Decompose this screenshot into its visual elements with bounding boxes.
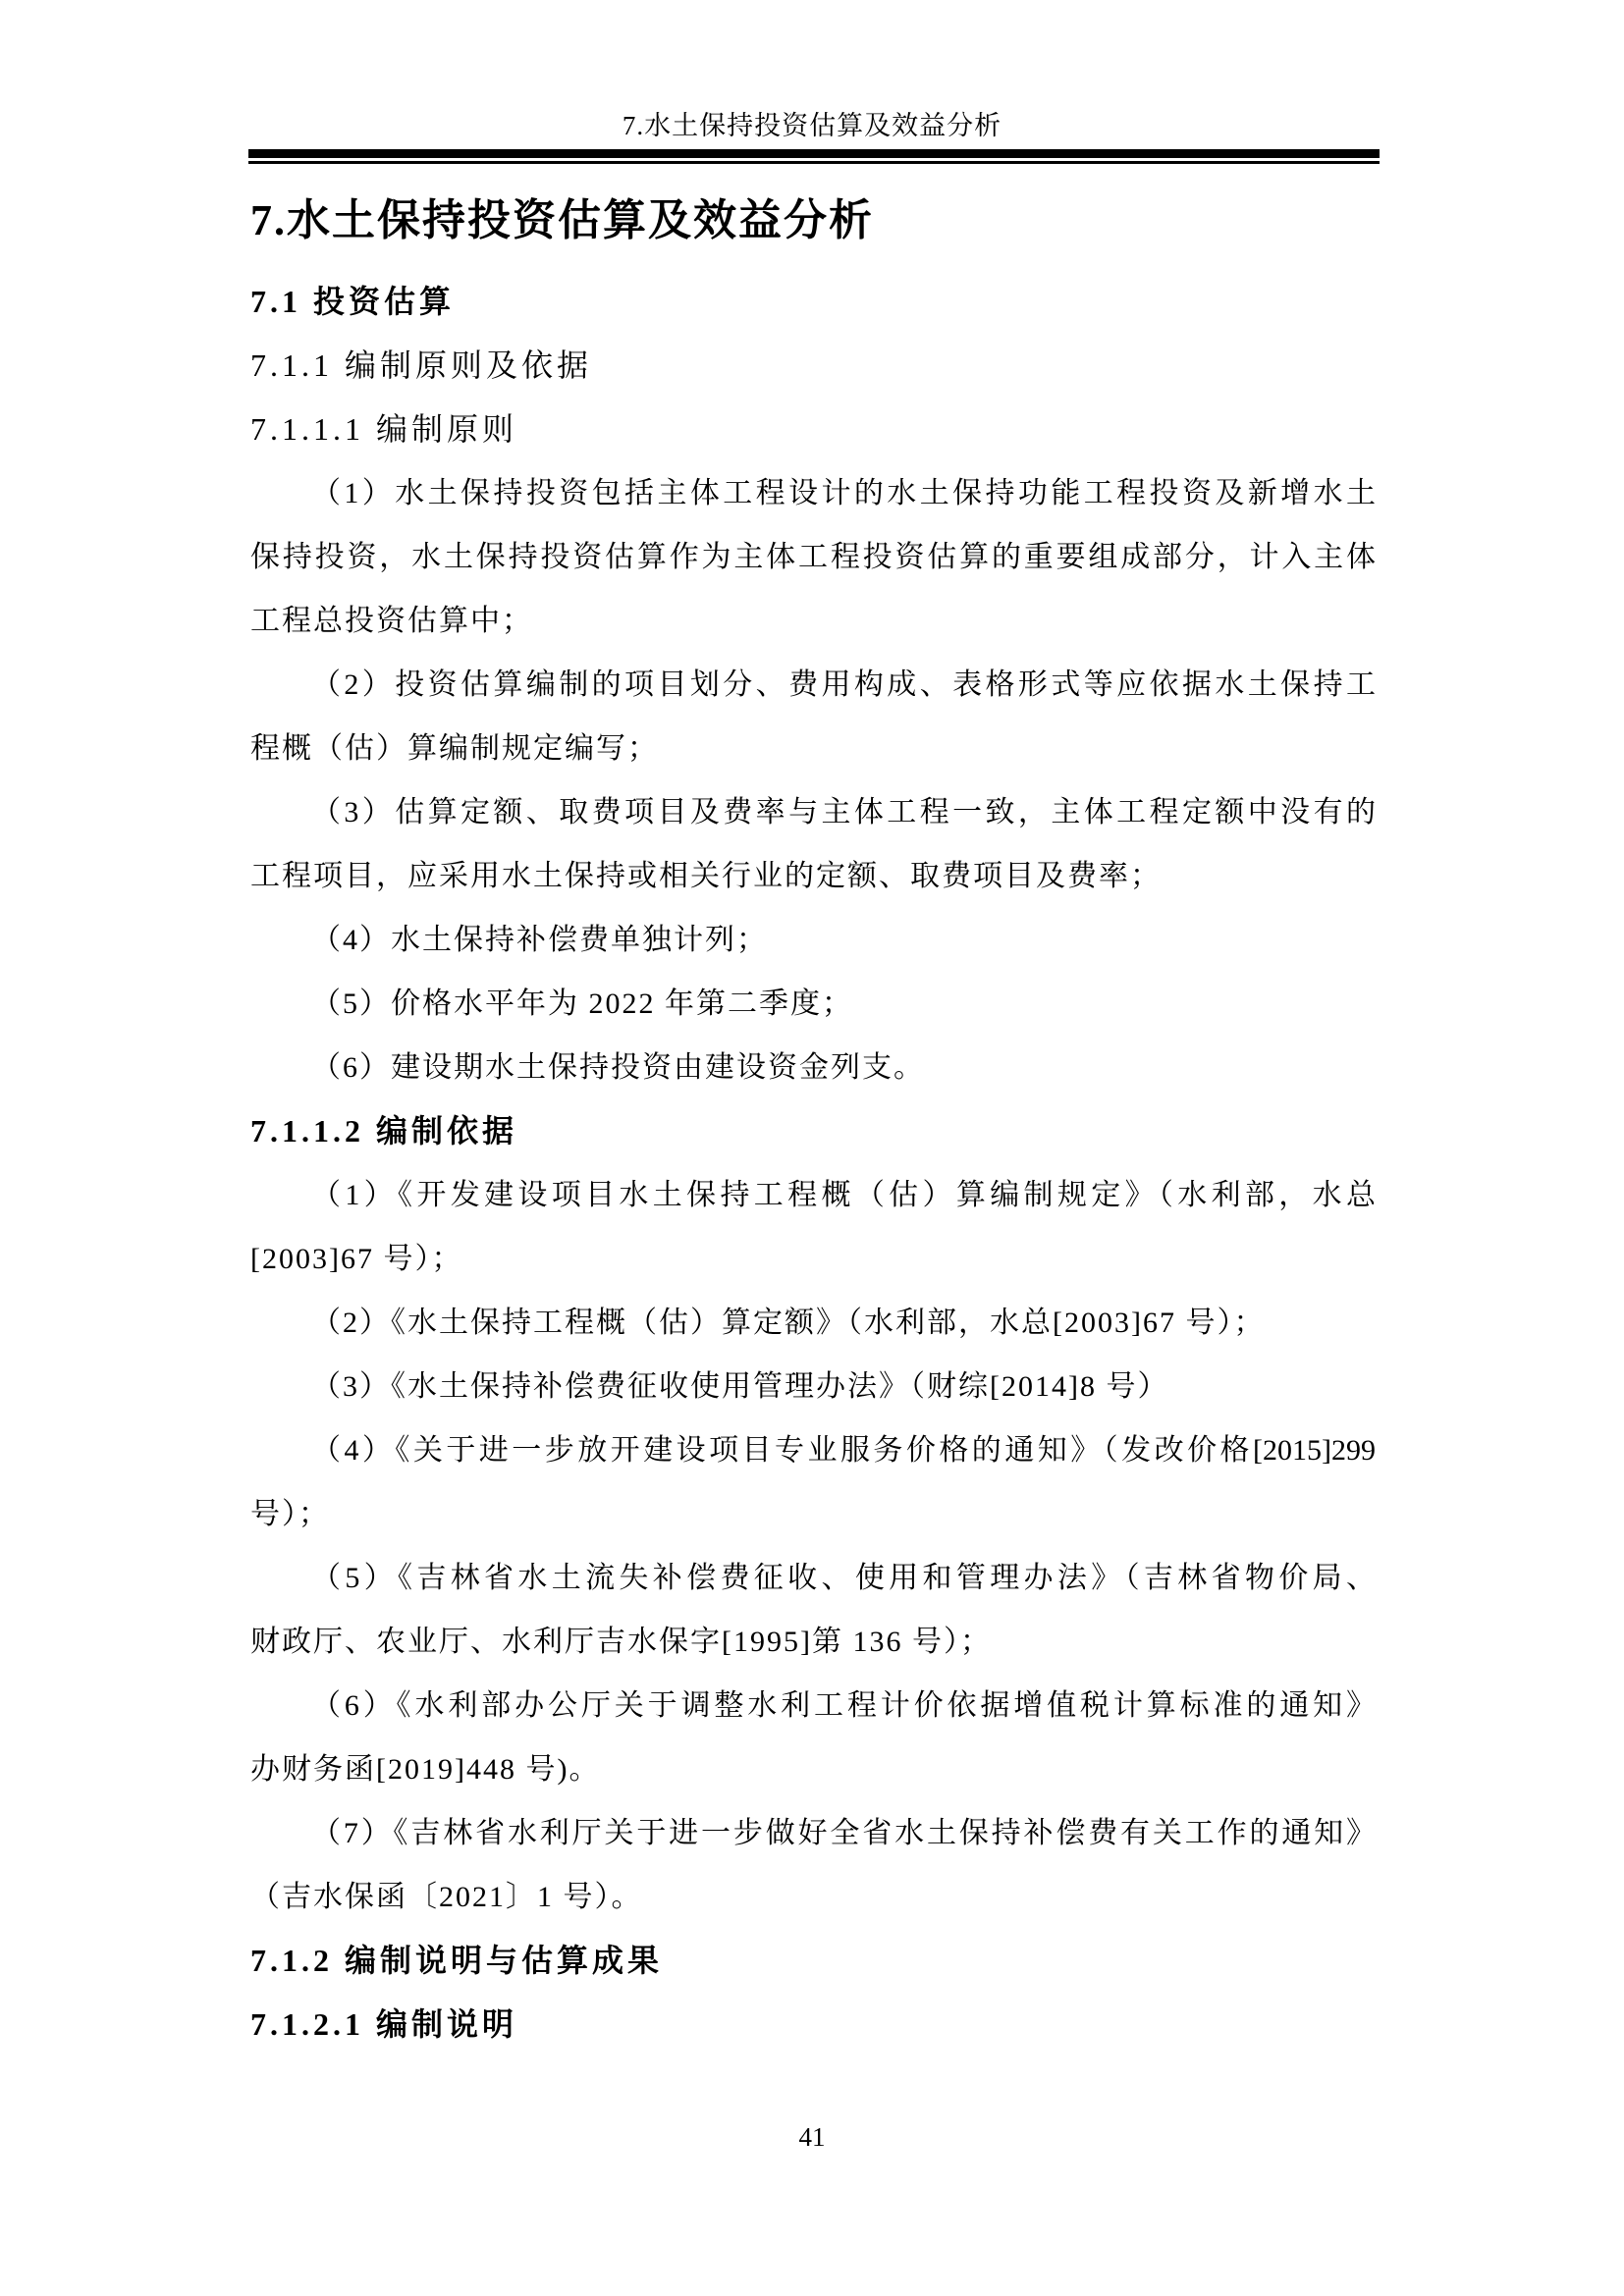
paragraph: （5）《吉林省水土流失补偿费征收、使用和管理办法》（吉林省物价局、财政厅、农业厅…: [250, 1546, 1376, 1674]
section-heading-7-1-2-1: 7.1.2.1 编制说明: [250, 1993, 1376, 2056]
section-7-1-1-2-paragraphs: （1）《开发建设项目水土保持工程概（估）算编制规定》（水利部，水总[2003]6…: [250, 1163, 1376, 1929]
paragraph-line: （5）《吉林省水土流失补偿费征收、使用和管理办法》（吉林省物价局、: [250, 1546, 1376, 1610]
header-rule: [248, 149, 1380, 164]
paragraph-line: （6）建设期水土保持投资由建设资金列支。: [250, 1036, 1376, 1099]
page-number: 41: [0, 2120, 1624, 2154]
paragraph: （1）《开发建设项目水土保持工程概（估）算编制规定》（水利部，水总[2003]6…: [250, 1163, 1376, 1291]
paragraph: （5）价格水平年为 2022 年第二季度；: [250, 972, 1376, 1036]
paragraph: （6）《水利部办公厅关于调整水利工程计价依据增值税计算标准的通知》办财务函[20…: [250, 1674, 1376, 1801]
paragraph-line: （吉水保函〔2021〕1 号）。: [250, 1865, 1376, 1929]
paragraph-line: （1）水土保持投资包括主体工程设计的水土保持功能工程投资及新增水土: [250, 461, 1376, 525]
paragraph-line: （1）《开发建设项目水土保持工程概（估）算编制规定》（水利部，水总: [250, 1163, 1376, 1227]
paragraph-line: （6）《水利部办公厅关于调整水利工程计价依据增值税计算标准的通知》: [250, 1674, 1376, 1737]
paragraph-line: 程概（估）算编制规定编写；: [250, 717, 1376, 780]
paragraph-line: （5）价格水平年为 2022 年第二季度；: [250, 972, 1376, 1036]
paragraph-line: （3）《水土保持补偿费征收使用管理办法》（财综[2014]8 号）: [250, 1355, 1376, 1418]
paragraph: （2）投资估算编制的项目划分、费用构成、表格形式等应依据水土保持工程概（估）算编…: [250, 653, 1376, 780]
section-heading-7-1-1-1: 7.1.1.1 编制原则: [250, 398, 1376, 461]
paragraph-line: 保持投资，水土保持投资估算作为主体工程投资估算的重要组成部分，计入主体: [250, 525, 1376, 589]
paragraph: （4）水土保持补偿费单独计列；: [250, 908, 1376, 972]
paragraph-line: 办财务函[2019]448 号)。: [250, 1737, 1376, 1801]
page-header: 7.水土保持投资估算及效益分析: [0, 110, 1624, 141]
paragraph: （7）《吉林省水利厅关于进一步做好全省水土保持补偿费有关工作的通知》（吉水保函〔…: [250, 1801, 1376, 1929]
document-body: 7.水土保持投资估算及效益分析 7.1 投资估算 7.1.1 编制原则及依据 7…: [250, 188, 1376, 2056]
section-heading-7-1-2: 7.1.2 编制说明与估算成果: [250, 1929, 1376, 1993]
paragraph: （3）《水土保持补偿费征收使用管理办法》（财综[2014]8 号）: [250, 1355, 1376, 1418]
paragraph-line: 号）；: [250, 1482, 1376, 1546]
paragraph-line: （2）投资估算编制的项目划分、费用构成、表格形式等应依据水土保持工: [250, 653, 1376, 717]
paragraph-line: 工程项目，应采用水土保持或相关行业的定额、取费项目及费率；: [250, 844, 1376, 908]
paragraph-line: （4）《关于进一步放开建设项目专业服务价格的通知》（发改价格[2015]299: [250, 1418, 1376, 1482]
paragraph-line: （4）水土保持补偿费单独计列；: [250, 908, 1376, 972]
paragraph-line: 财政厅、农业厅、水利厅吉水保字[1995]第 136 号）；: [250, 1610, 1376, 1674]
paragraph-line: 工程总投资估算中；: [250, 589, 1376, 653]
page-header-title: 7.水土保持投资估算及效益分析: [623, 111, 1001, 140]
paragraph: （2）《水土保持工程概（估）算定额》（水利部，水总[2003]67 号）；: [250, 1291, 1376, 1355]
chapter-title: 7.水土保持投资估算及效益分析: [250, 188, 1376, 252]
paragraph-line: [2003]67 号）；: [250, 1227, 1376, 1291]
header-rule-thin-line: [248, 161, 1380, 164]
paragraph-line: （3）估算定额、取费项目及费率与主体工程一致，主体工程定额中没有的: [250, 780, 1376, 844]
section-7-1-1-1-paragraphs: （1）水土保持投资包括主体工程设计的水土保持功能工程投资及新增水土保持投资，水土…: [250, 461, 1376, 1099]
paragraph: （3）估算定额、取费项目及费率与主体工程一致，主体工程定额中没有的工程项目，应采…: [250, 780, 1376, 908]
document-page: 7.水土保持投资估算及效益分析 7.水土保持投资估算及效益分析 7.1 投资估算…: [0, 0, 1624, 2296]
section-heading-7-1-1: 7.1.1 编制原则及依据: [250, 334, 1376, 398]
paragraph: （1）水土保持投资包括主体工程设计的水土保持功能工程投资及新增水土保持投资，水土…: [250, 461, 1376, 653]
section-heading-7-1-1-2: 7.1.1.2 编制依据: [250, 1099, 1376, 1163]
paragraph-line: （7）《吉林省水利厅关于进一步做好全省水土保持补偿费有关工作的通知》: [250, 1801, 1376, 1865]
paragraph: （6）建设期水土保持投资由建设资金列支。: [250, 1036, 1376, 1099]
paragraph-line: （2）《水土保持工程概（估）算定额》（水利部，水总[2003]67 号）；: [250, 1291, 1376, 1355]
header-rule-thick-line: [248, 149, 1380, 158]
paragraph: （4）《关于进一步放开建设项目专业服务价格的通知》（发改价格[2015]299号…: [250, 1418, 1376, 1546]
section-heading-7-1: 7.1 投资估算: [250, 270, 1376, 334]
